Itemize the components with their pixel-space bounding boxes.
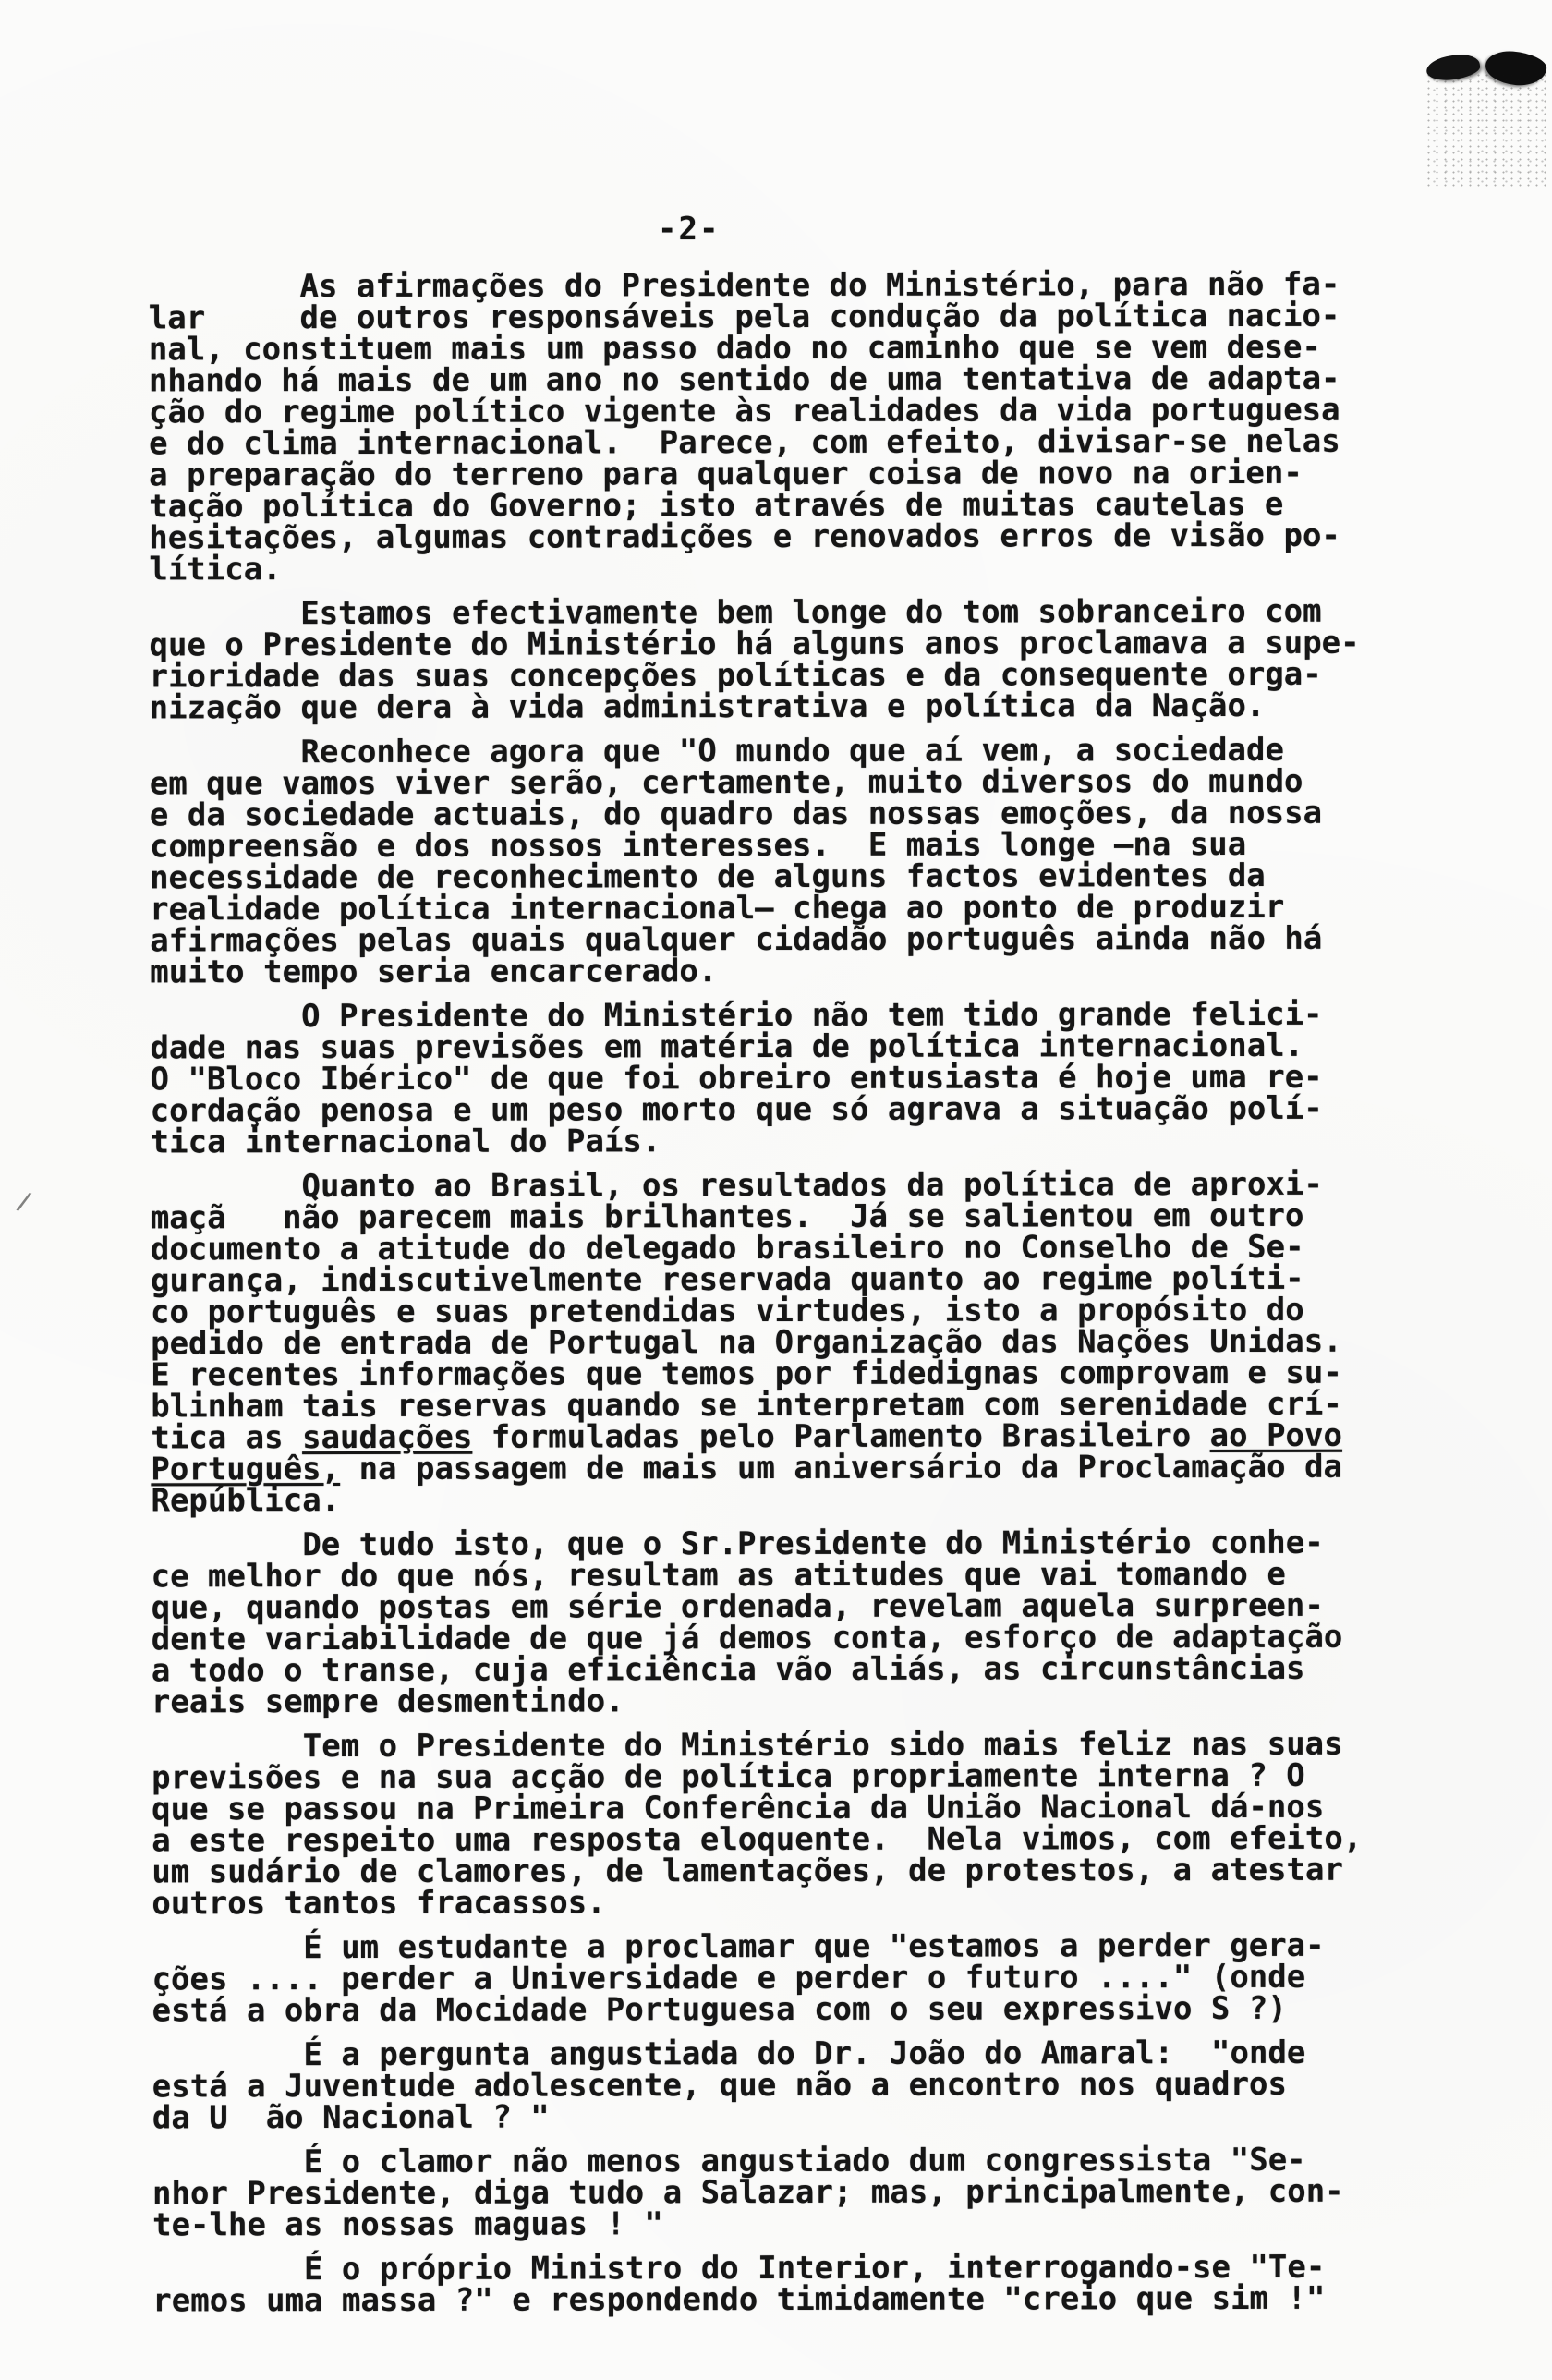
- paragraph-11: É o próprio Ministro do Interior, interr…: [152, 2252, 1409, 2317]
- paragraph-8: É um estudante a proclamar que "estamos …: [152, 1930, 1408, 2027]
- paragraph-10: É o clamor não menos angustiado dum cong…: [152, 2144, 1409, 2241]
- page-number: -2-: [658, 211, 720, 248]
- paragraph-5: Quanto ao Brasil, os resultados da polít…: [151, 1169, 1408, 1517]
- paragraph-4: O Presidente do Ministério não tem tido …: [150, 999, 1406, 1159]
- document-page: -2- / As afirmações do Presidente do Min…: [0, 0, 1552, 2380]
- ink-speckle: [1425, 72, 1550, 188]
- paragraph-9: É a pergunta angustiada do Dr. João do A…: [152, 2037, 1409, 2134]
- margin-mark: /: [14, 1187, 34, 1218]
- paragraph-1: As afirmações do Presidente do Ministéri…: [149, 269, 1406, 586]
- paragraph-6: De tudo isto, que o Sr.Presidente do Min…: [152, 1527, 1408, 1718]
- document-body: As afirmações do Presidente do Ministéri…: [149, 269, 1410, 2330]
- paragraph-7: Tem o Presidente do Ministério sido mais…: [152, 1729, 1408, 1920]
- ink-smudge-mark: [1425, 48, 1552, 191]
- paragraph-2: Estamos efectivamente bem longe do tom s…: [149, 596, 1405, 724]
- paragraph-3: Reconhece agora que "O mundo que aí vem,…: [150, 735, 1407, 989]
- paragraph-5-text: Quanto ao Brasil, os resultados da polít…: [151, 1166, 1342, 1457]
